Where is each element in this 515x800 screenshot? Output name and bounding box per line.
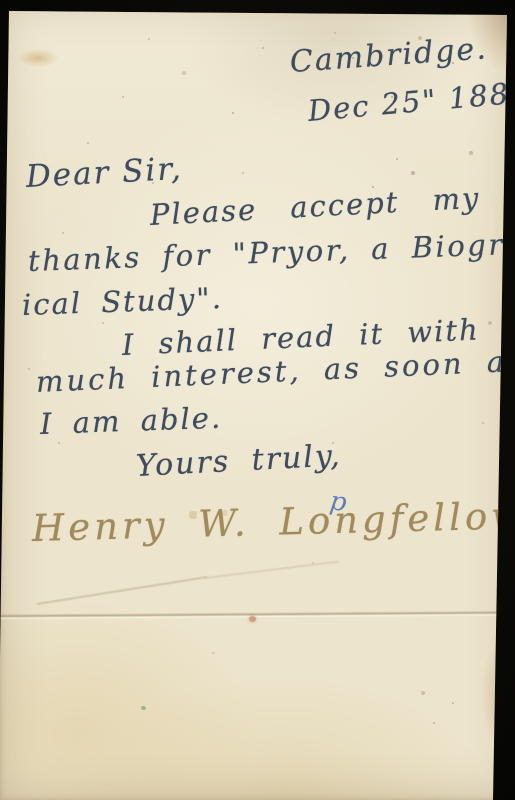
signature: Henry W. Longfellow xyxy=(31,495,515,550)
body-line-1: Please accept my xyxy=(149,182,481,233)
salutation: Dear Sir, xyxy=(25,152,183,196)
place-line: Cambridge. xyxy=(289,32,489,80)
body-line-6: I am able. xyxy=(39,402,222,442)
foxing-speckles xyxy=(0,0,2,2)
letter-photo: Cambridge. Dec 25" 1881. Dear Sir, Pleas… xyxy=(0,0,515,800)
green-ink-fleck xyxy=(140,705,146,710)
date-line: Dec 25" 1881. xyxy=(307,75,515,129)
body-line-3: ical Study". xyxy=(21,282,223,322)
diagonal-crease xyxy=(37,576,207,605)
body-line-2: thanks for "Pryor, a Biograph xyxy=(27,226,515,278)
diagonal-crease xyxy=(205,561,339,579)
stain-spot xyxy=(249,616,256,622)
fold-crease xyxy=(0,610,515,620)
closing: Yours truly, xyxy=(135,439,342,484)
letter-paper: Cambridge. Dec 25" 1881. Dear Sir, Pleas… xyxy=(0,0,515,800)
